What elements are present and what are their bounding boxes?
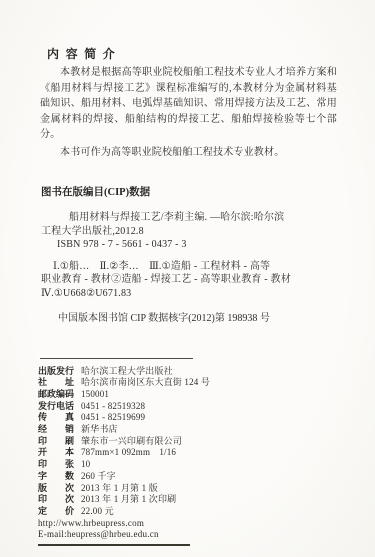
colophon-row-wordcount: 字 数 260 千字 [38, 471, 375, 483]
colophon-row-publisher: 出版发行 哈尔滨工程大学出版社 [38, 366, 375, 378]
cip-class-line-1: Ⅰ.①船… Ⅱ.②李… Ⅲ.①造船 - 工程材料 - 高等 [41, 260, 337, 274]
colophon-row-sheets: 印 张 10 [38, 459, 375, 471]
cip-classification: Ⅰ.①船… Ⅱ.②李… Ⅲ.①造船 - 工程材料 - 高等 职业教育 - 教材②… [41, 260, 337, 301]
colophon-row-printer: 印 刷 肇东市一兴印刷有限公司 [38, 436, 375, 448]
colophon-value: 2013 年 1 月第 1 次印刷 [81, 494, 176, 506]
cip-class-line-3: Ⅳ.①U668②U671.83 [41, 287, 337, 301]
intro-paragraph-2: 本书可作为高等职业院校船舶工程技术专业教材。 [40, 145, 337, 161]
website-url: http://www.hrbeupress.com [38, 518, 375, 530]
colophon-label: 字 数 [38, 471, 75, 483]
colophon-value: 2013 年 1 月第 1 版 [81, 483, 158, 495]
colophon-value: 哈尔滨工程大学出版社 [81, 366, 173, 378]
colophon-value: 260 千字 [81, 471, 116, 483]
colophon-value: 0451 - 82519328 [81, 401, 145, 413]
colophon-label: 印 张 [38, 459, 75, 471]
colophon-row-edition: 版 次 2013 年 1 月第 1 版 [38, 483, 375, 495]
colophon-value: 10 [81, 459, 90, 471]
colophon-row-format: 开 本 787mm×1 092mm 1/16 [38, 447, 375, 459]
email-address: E-mail:heupress@hrbeu.edu.cn [38, 529, 375, 541]
colophon-row-distributor: 经 销 新华书店 [38, 424, 375, 436]
colophon-row-price: 定 价 22.00 元 [38, 506, 375, 518]
intro-paragraph-1: 本教材是根据高等职业院校船舶工程技术专业人才培养方案和《船用材料与焊接工艺》课程… [40, 65, 337, 143]
colophon-label: 经 销 [38, 424, 75, 436]
colophon-value: 新华书店 [81, 424, 118, 436]
colophon-label: 印 次 [38, 494, 75, 506]
colophon-label: 版 次 [38, 483, 75, 495]
colophon-label: 定 价 [38, 506, 75, 518]
colophon-value: 787mm×1 092mm 1/16 [81, 447, 176, 459]
intro-section: 内容简介 本教材是根据高等职业院校船舶工程技术专业人才培养方案和《船用材料与焊接… [40, 45, 337, 160]
cip-class-line-2: 职业教育 - 教材②造船 - 焊接工艺 - 高等职业教育 - 教材 [41, 273, 337, 287]
colophon-section: 出版发行 哈尔滨工程大学出版社 社 址 哈尔滨市南岗区东大直街 124 号 邮政… [38, 366, 375, 542]
separator-line-top [40, 358, 193, 359]
colophon-label: 社 址 [38, 377, 75, 389]
colophon-label: 开 本 [38, 447, 75, 459]
colophon-row-postcode: 邮政编码 150001 [38, 389, 375, 401]
colophon-label: 邮政编码 [38, 389, 75, 401]
colophon-value: 哈尔滨市南岗区东大直街 124 号 [81, 377, 210, 389]
cip-record-line-1: 船用材料与焊接工艺/李莉主编. —哈尔滨:哈尔滨 [41, 211, 337, 225]
colophon-row-address: 社 址 哈尔滨市南岗区东大直街 124 号 [38, 377, 375, 389]
colophon-value: 肇东市一兴印刷有限公司 [81, 436, 182, 448]
cip-record-line-2: 工程大学出版社,2012.8 [41, 225, 337, 239]
colophon-label: 出版发行 [38, 366, 75, 378]
isbn-number: ISBN 978 - 7 - 5661 - 0437 - 3 [41, 238, 337, 252]
colophon-label: 发行电话 [38, 401, 75, 413]
colophon-value: 150001 [81, 389, 109, 401]
colophon-row-printing: 印 次 2013 年 1 月第 1 次印刷 [38, 494, 375, 506]
intro-heading: 内容简介 [47, 45, 337, 62]
cip-record-number: 中国版本图书馆 CIP 数据核字(2012)第 198938 号 [41, 312, 337, 326]
colophon-label: 印 刷 [38, 436, 75, 448]
cip-section: 图书在版编目(CIP)数据 船用材料与焊接工艺/李莉主编. —哈尔滨:哈尔滨 工… [41, 184, 337, 326]
colophon-value: 22.00 元 [81, 506, 114, 518]
colophon-label: 传 真 [38, 412, 75, 424]
colophon-row-fax: 传 真 0451 - 82519699 [38, 412, 375, 424]
cip-heading: 图书在版编目(CIP)数据 [41, 184, 337, 199]
colophon-value: 0451 - 82519699 [81, 412, 145, 424]
colophon-row-phone: 发行电话 0451 - 82519328 [38, 401, 375, 413]
book-copyright-page: 内容简介 本教材是根据高等职业院校船舶工程技术专业人才培养方案和《船用材料与焊接… [0, 0, 375, 557]
separator-line-bottom [38, 544, 190, 546]
